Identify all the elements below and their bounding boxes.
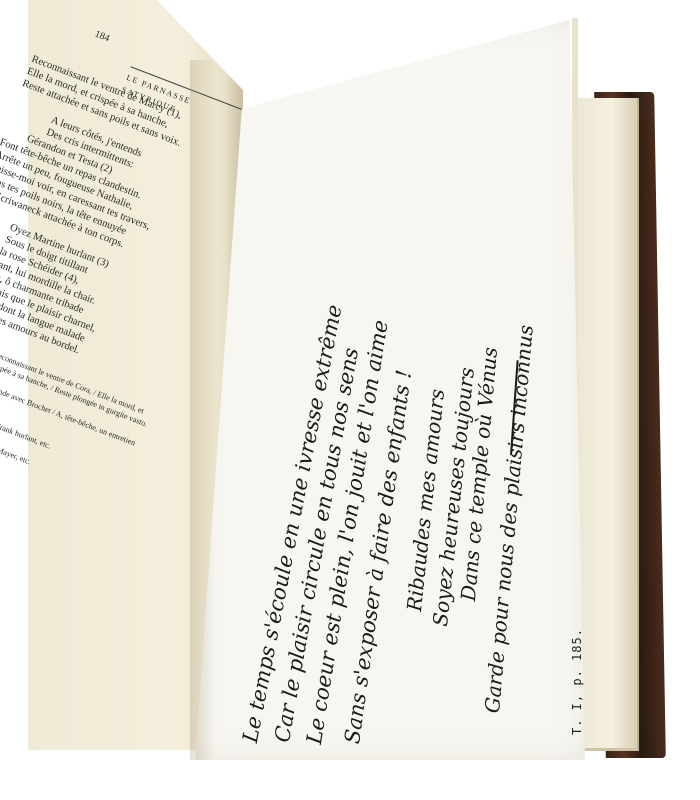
- page-block-edge: [575, 98, 639, 751]
- fold-shadow: [190, 60, 215, 760]
- page-reference: T. I, p. 185.: [570, 628, 584, 735]
- book-photo: 184 LE PARNASSE SATYRIQUE Reconnaissant …: [0, 0, 700, 800]
